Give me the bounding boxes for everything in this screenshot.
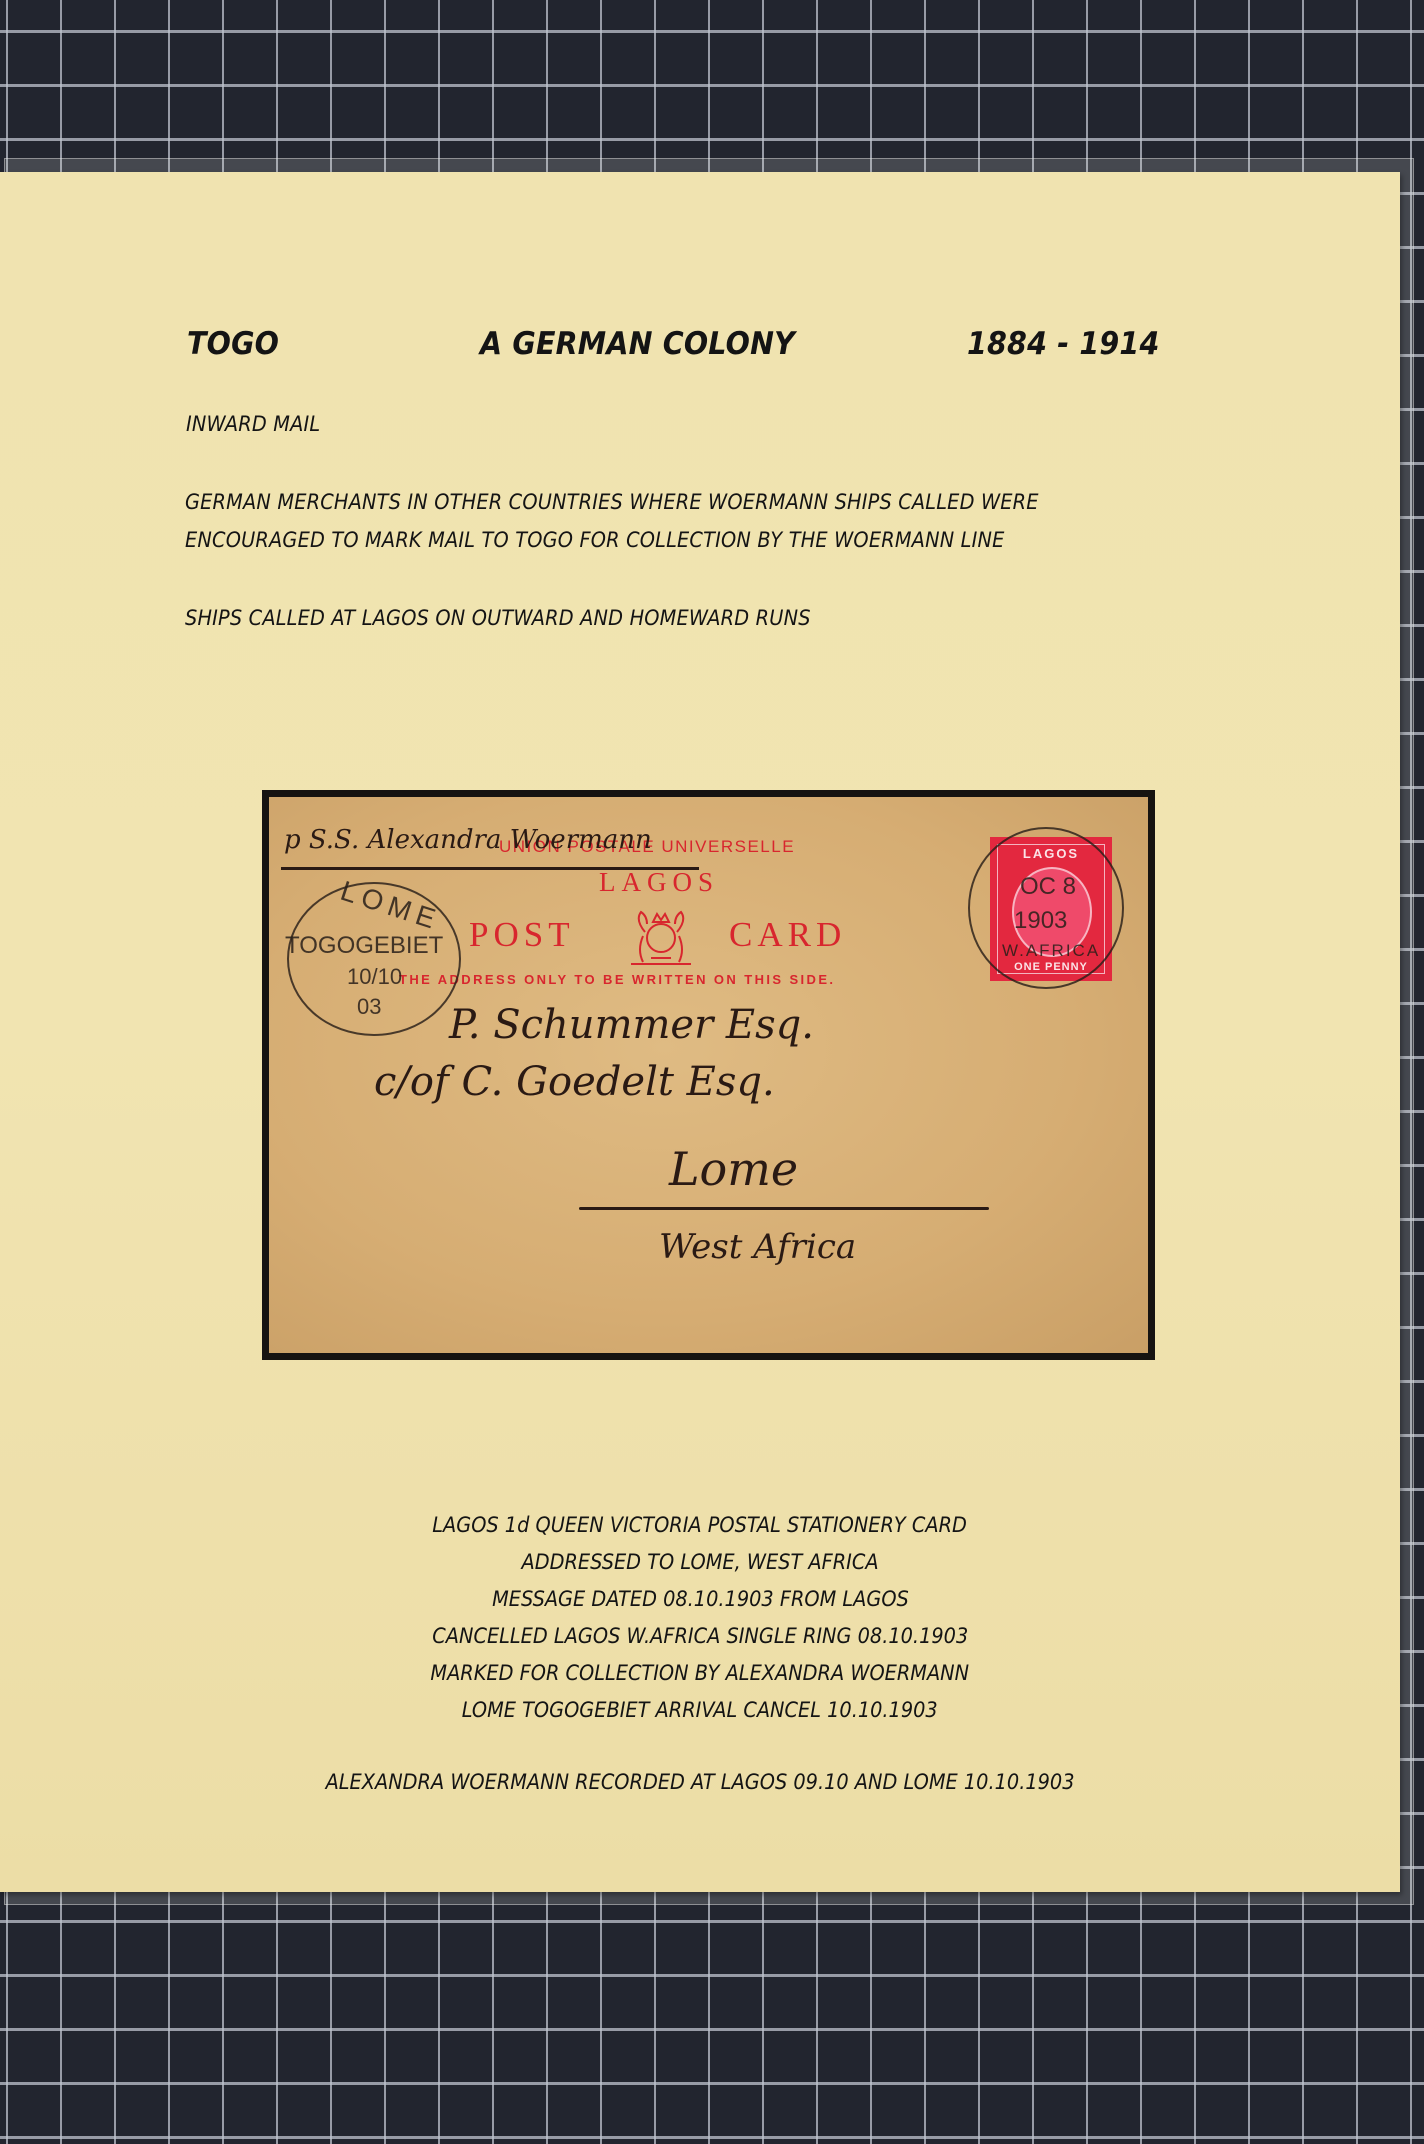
lagos-postmark: OC 8 1903 W.AFRICA <box>968 827 1124 989</box>
caption-line-2: ADDRESSED TO LOME, WEST AFRICA <box>0 1550 1400 1574</box>
lome-postmark-town: LOME <box>337 875 445 937</box>
caption-line-1: LAGOS 1d QUEEN VICTORIA POSTAL STATIONER… <box>0 1513 1400 1537</box>
lome-postmark-year: 03 <box>357 994 381 1020</box>
album-page: TOGO A GERMAN COLONY 1884 - 1914 INWARD … <box>0 172 1400 1892</box>
address-line-4: West Africa <box>659 1227 856 1267</box>
lagos-postmark-place: W.AFRICA <box>1002 941 1100 961</box>
royal-arms-icon <box>621 902 701 972</box>
header-years: 1884 - 1914 <box>967 326 1159 362</box>
lagos-postmark-year: 1903 <box>1014 907 1067 935</box>
caption-line-6: LOME TOGOGEBIET ARRIVAL CANCEL 10.10.190… <box>0 1698 1400 1722</box>
lome-postmark-region: TOGOGEBIET <box>285 932 443 960</box>
address-line-1: P. Schummer Esq. <box>449 1002 814 1048</box>
routing-instruction: p S.S. Alexandra Woermann <box>284 825 652 855</box>
intro-note: SHIPS CALLED AT LAGOS ON OUTWARD AND HOM… <box>185 606 811 630</box>
caption-line-3: MESSAGE DATED 08.10.1903 FROM LAGOS <box>0 1587 1400 1611</box>
lome-postmark: LOME TOGOGEBIET 10/10 03 <box>287 882 461 1036</box>
post-text: POST <box>469 915 575 955</box>
routing-underline <box>281 867 699 870</box>
caption-line-5: MARKED FOR COLLECTION BY ALEXANDRA WOERM… <box>0 1661 1400 1685</box>
lome-postmark-date: 10/10 <box>347 964 402 990</box>
colony-text: LAGOS <box>599 867 719 898</box>
address-instruction: THE ADDRESS ONLY TO BE WRITTEN ON THIS S… <box>399 972 835 987</box>
address-line-2: c/of C. Goedelt Esq. <box>374 1059 775 1105</box>
postcard: UNION POSTALE UNIVERSELLE LAGOS POST CAR… <box>269 797 1148 1353</box>
intro-line-2: ENCOURAGED TO MARK MAIL TO TOGO FOR COLL… <box>185 528 1005 552</box>
caption-line-4: CANCELLED LAGOS W.AFRICA SINGLE RING 08.… <box>0 1624 1400 1648</box>
postcard-mount: UNION POSTALE UNIVERSELLE LAGOS POST CAR… <box>262 790 1155 1360</box>
address-underline <box>579 1207 989 1210</box>
header-subtitle: A GERMAN COLONY <box>480 326 795 362</box>
section-title: INWARD MAIL <box>186 412 320 436</box>
card-text: CARD <box>729 915 846 955</box>
address-line-3: Lome <box>669 1142 798 1196</box>
footnote: ALEXANDRA WOERMANN RECORDED AT LAGOS 09.… <box>0 1770 1400 1794</box>
lagos-postmark-date: OC 8 <box>1020 873 1076 901</box>
intro-line-1: GERMAN MERCHANTS IN OTHER COUNTRIES WHER… <box>185 490 1039 514</box>
header-country: TOGO <box>187 326 279 362</box>
